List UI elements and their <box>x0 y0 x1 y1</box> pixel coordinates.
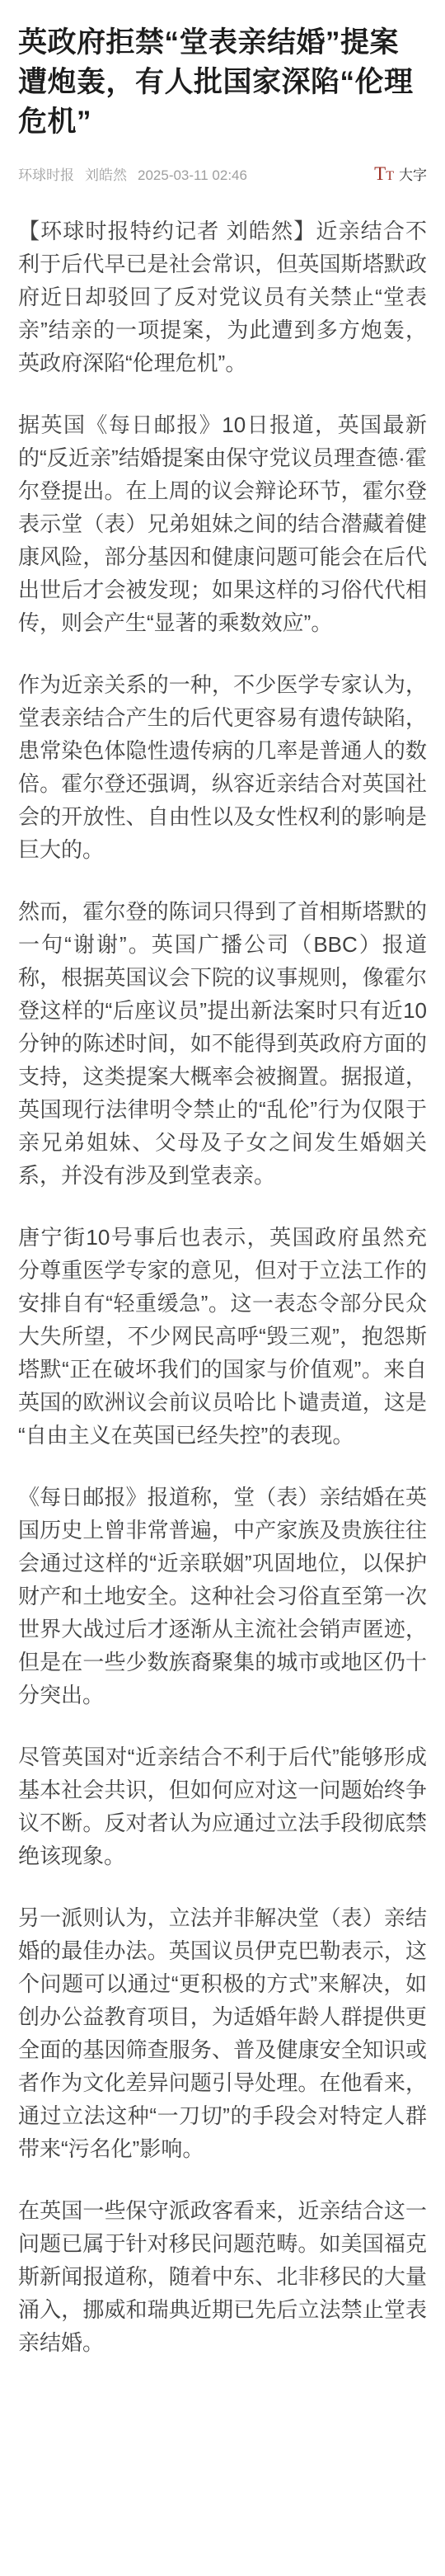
font-size-label: 大字 <box>399 163 427 184</box>
byline: 环球时报刘皓然2025-03-11 02:46 <box>18 163 247 184</box>
article-paragraph: 唐宁街10号事后也表示，英国政府虽然充分尊重医学专家的意见，但对于立法工作的安排… <box>18 1221 427 1452</box>
article-paragraph: 《每日邮报》报道称，堂（表）亲结婚在英国历史上曾非常普遍，中产家族及贵族往往会通… <box>18 1481 427 1712</box>
article-body: 【环球时报特约记者 刘皓然】近亲结合不利于后代早已是社会常识，但英国斯塔默政府近… <box>18 214 427 2359</box>
article-paragraph: 然而，霍尔登的陈词只得到了首相斯塔默的一句“谢谢”。英国广播公司（BBC）报道称… <box>18 895 427 1192</box>
byline-row: 环球时报刘皓然2025-03-11 02:46 TT 大字 <box>18 163 427 184</box>
source-name: 环球时报 <box>18 167 74 183</box>
font-size-icon-large-t: T <box>374 163 386 184</box>
font-size-icon: TT <box>374 164 394 183</box>
article-paragraph: 据英国《每日邮报》10日报道，英国最新的“反近亲”结婚提案由保守党议员理查德·霍… <box>18 408 427 639</box>
article-title: 英政府拒禁“堂表亲结婚”提案遭炮轰，有人批国家深陷“伦理危机” <box>18 23 427 142</box>
author-name: 刘皓然 <box>85 167 127 183</box>
article-paragraph: 另一派则认为，立法并非解决堂（表）亲结婚的最佳办法。英国议员伊克巴勒表示，这个问… <box>18 1901 427 2165</box>
article-paragraph: 尽管英国对“近亲结合不利于后代”能够形成基本社会共识，但如何应对这一问题始终争议… <box>18 1740 427 1872</box>
article-paragraph: 作为近亲关系的一种，不少医学专家认为，堂表亲结合产生的后代更容易有遗传缺陷，患常… <box>18 668 427 866</box>
article-paragraph: 在英国一些保守派政客看来，近亲结合这一问题已属于针对移民问题范畴。如美国福克斯新… <box>18 2194 427 2359</box>
font-size-icon-small-t: T <box>386 169 394 183</box>
publish-time: 2025-03-11 02:46 <box>138 167 247 183</box>
font-size-button[interactable]: TT 大字 <box>374 163 427 184</box>
article-page: 英政府拒禁“堂表亲结婚”提案遭炮轰，有人批国家深陷“伦理危机” 环球时报刘皓然2… <box>0 0 445 2576</box>
article-paragraph: 【环球时报特约记者 刘皓然】近亲结合不利于后代早已是社会常识，但英国斯塔默政府近… <box>18 214 427 379</box>
